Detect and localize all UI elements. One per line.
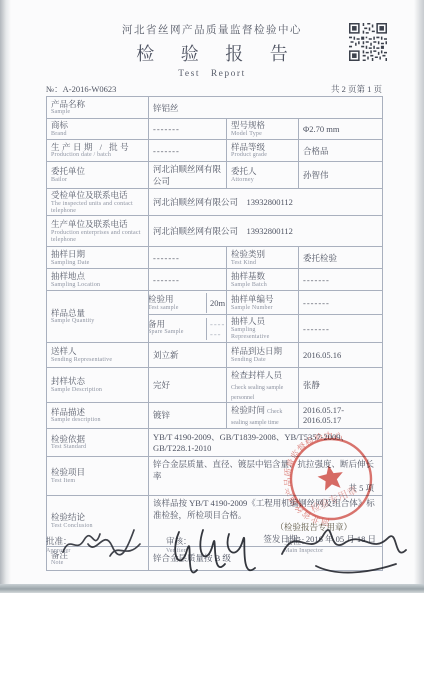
seal-checker-value: 张静 [299, 367, 383, 402]
product-grade-value: 合格品 [299, 140, 383, 162]
row-label: 抽样地点 [51, 271, 144, 282]
sample-number-value: ------- [299, 291, 383, 315]
row-label: 产品名称 [51, 99, 144, 110]
test-kind-value: 委托检验 [299, 247, 383, 269]
page-count: 共 2 页第 1 页 [331, 83, 382, 95]
row-label: 检验类别 [231, 249, 294, 260]
sample-description-value: 镀锌 [149, 402, 227, 428]
row-label: 委托单位 [51, 166, 144, 177]
row-label: 检查封样人员 [231, 370, 282, 380]
row-label: 检验时间 [231, 405, 265, 415]
sampling-representative-value: ------- [299, 315, 383, 342]
row-label: 受检单位及联系电话 [51, 190, 144, 201]
scanned-report-page: 河北省丝网产品质量监督检验中心 检 验 报 告 Test Report №：A-… [0, 0, 424, 592]
report-title-en: Test Report [0, 69, 424, 79]
sender-value: 刘立新 [149, 342, 227, 367]
row-label: 样品描述 [51, 407, 144, 418]
sampling-location-value: ------- [149, 269, 227, 291]
row-label: 样品到达日期 [231, 346, 294, 357]
qr-code-icon [349, 23, 387, 61]
scan-edge-bottom [0, 584, 424, 593]
attorney-value: 孙智伟 [299, 162, 383, 189]
scan-edge-left [0, 0, 11, 592]
table-row: 抽样地点Sampling Location ------- 抽样基数Sample… [47, 269, 383, 291]
row-label: 送样人 [51, 346, 144, 357]
row-label: 检验结论 [51, 512, 144, 523]
table-row: 受检单位及联系电话The inspected units and contact… [47, 189, 383, 216]
scan-edge-right [414, 0, 424, 592]
sample-batch-value: ------- [299, 269, 383, 291]
row-label: 抽样基数 [231, 271, 294, 282]
row-label: 检验依据 [51, 434, 144, 445]
row-label: 商标 [51, 120, 144, 131]
production-date-value: ------- [149, 140, 227, 162]
row-label: 委托人 [231, 166, 294, 177]
row-label: 生产单位及联系电话 [51, 219, 144, 230]
inspected-unit-value: 河北泊顺丝网有限公司 13932800112 [149, 189, 383, 216]
spare-sample-value: ------- [207, 318, 227, 340]
row-label: 生产日期 / 批号 [51, 142, 144, 153]
row-label: 型号规格 [231, 120, 294, 131]
review-label: 审核： [166, 536, 192, 546]
main-inspector-label: 主检： [284, 536, 310, 546]
report-number-line: №：A-2016-W0623 共 2 页第 1 页 [46, 83, 382, 95]
report-number: №：A-2016-W0623 [46, 83, 116, 95]
table-row: 抽样日期Sampling Date ------- 检验类别Test Kind … [47, 247, 383, 269]
test-sample-value: 20m [207, 293, 227, 313]
approve-label: 批准： [46, 536, 72, 546]
sub-label: 检验用 [149, 294, 204, 305]
table-row: 样品总量Sample Quantity 检验用Test sample 20m 抽… [47, 291, 383, 315]
row-label: 抽样人员 [231, 316, 294, 327]
table-row: 生产日期 / 批号Production date / batch -------… [47, 140, 383, 162]
table-row: 样品描述Sample description 镀锌 检验时间Check seal… [47, 402, 383, 428]
stamp-inner-text: 检验专用章 [308, 483, 359, 515]
row-label: 封样状态 [51, 376, 144, 387]
table-row: 生产单位及联系电话Production enterprises and cont… [47, 216, 383, 247]
brand-value: ------- [149, 119, 227, 140]
red-seal-stamp-icon: 河北省丝网产品质量监督检验中心 检验专用章 [271, 419, 391, 539]
table-row: 封样状态Sample Description 完好 检查封样人员Check se… [47, 367, 383, 402]
table-row: 商标Brand ------- 型号规格Model Type Φ2.70 mm [47, 119, 383, 140]
arrival-date-value: 2016.05.16 [299, 342, 383, 367]
row-label: 样品等级 [231, 142, 294, 153]
row-label: 样品总量 [51, 308, 144, 319]
signature-strip: 批准： Approver 审核： Verifier 主检： Main Inspe… [46, 536, 386, 555]
table-row: 产品名称Sample 锌铝丝 [47, 97, 383, 119]
sub-label: 备用 [149, 319, 204, 330]
row-label: 检验项目 [51, 467, 144, 478]
sampling-date-value: ------- [149, 247, 227, 269]
row-label: 抽样单编号 [231, 294, 294, 305]
model-type-value: Φ2.70 mm [299, 119, 383, 140]
table-row: 委托单位Bailor 河北泊顺丝网有限公司 委托人Attorney 孙智伟 [47, 162, 383, 189]
seal-status-value: 完好 [149, 367, 227, 402]
bailor-value: 河北泊顺丝网有限公司 [149, 162, 227, 189]
production-unit-value: 河北泊顺丝网有限公司 13932800112 [149, 216, 383, 247]
row-label: 抽样日期 [51, 249, 144, 260]
product-name-value: 锌铝丝 [149, 97, 383, 119]
table-row: 送样人Sending Representative 刘立新 样品到达日期Send… [47, 342, 383, 367]
